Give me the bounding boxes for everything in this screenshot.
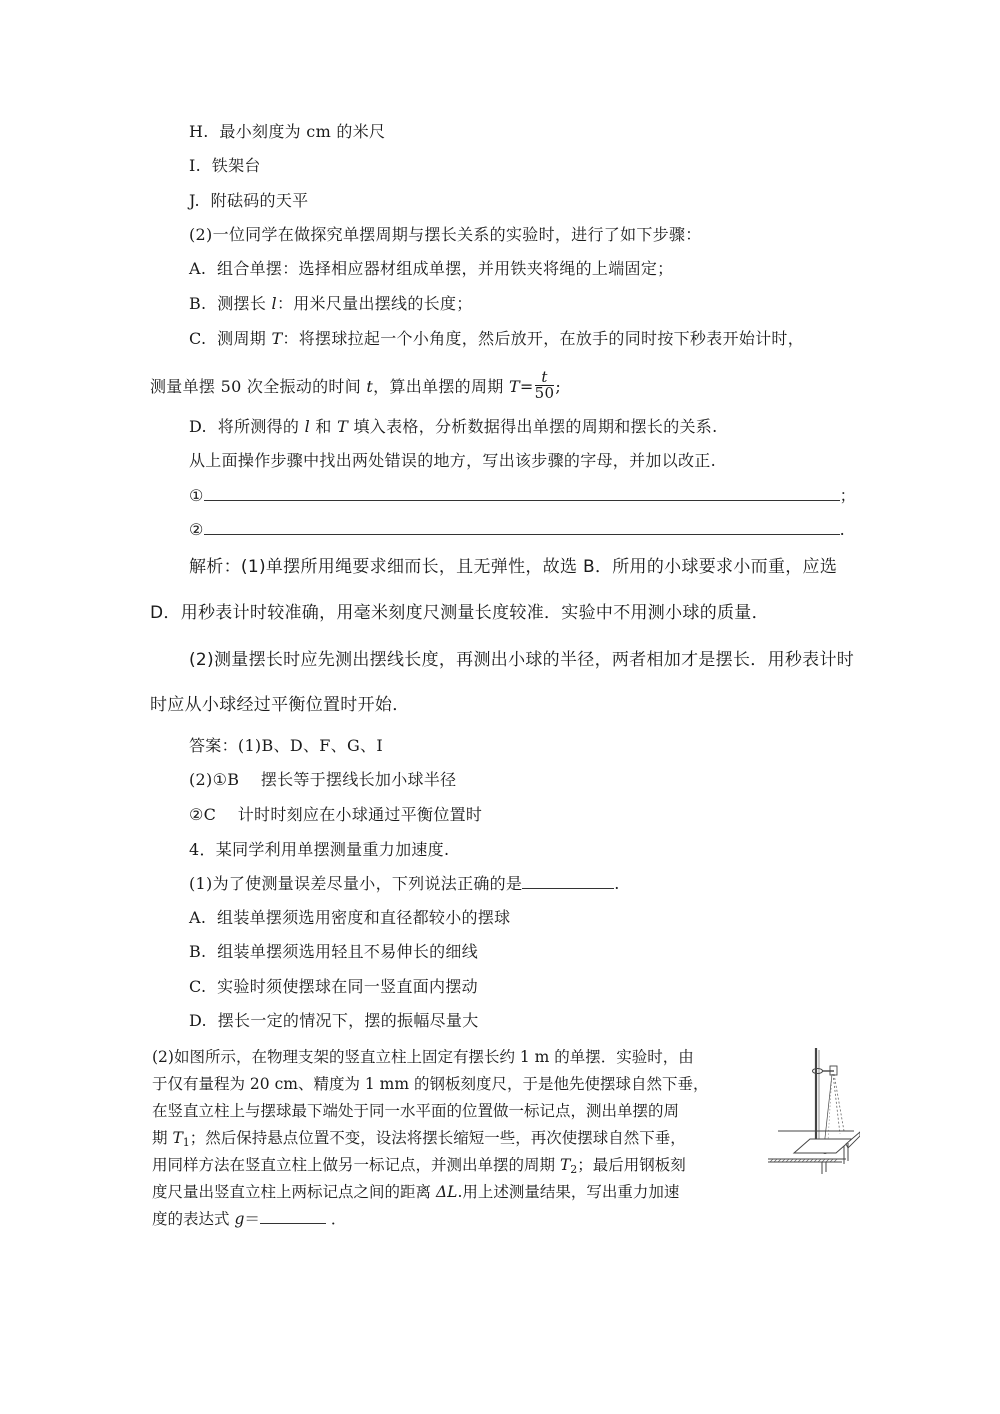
blank-end: ； xyxy=(840,486,856,505)
step-text: ：将摆球拉起一个小角度，然后放开，在放手的同时按下秒表开始计时， xyxy=(282,329,804,348)
fraction: t50 xyxy=(535,370,555,401)
text: 用同样方法在竖直立柱上做另一标记点，并测出单摆的周期 xyxy=(152,1156,560,1174)
fill-in-blank[interactable] xyxy=(260,1209,326,1224)
variable-t-period: T xyxy=(271,329,282,348)
option-j: J. 附砝码的天平 xyxy=(189,191,308,211)
fill-in-blank[interactable] xyxy=(204,520,840,535)
circled-marker: ② xyxy=(189,520,204,539)
analysis-line-1: 解析：(1)单摆所用绳要求细而长，且无弹性，故选 B．所用的小球要求小而重，应选 xyxy=(189,557,837,577)
step-label: A. xyxy=(189,259,206,278)
option-label: D. xyxy=(189,1011,207,1030)
variable-g: g xyxy=(234,1210,244,1228)
formula-end: ; xyxy=(555,377,561,396)
q4-part2-line-3: 在竖直立柱上与摆球最下端处于同一水平面的位置做一标记点，测出单摆的周 xyxy=(152,1101,679,1121)
answer-blank-2: ②. xyxy=(189,520,845,540)
option-h: H. 最小刻度为 cm 的米尺 xyxy=(189,122,385,142)
q4-part2-line-5: 用同样方法在竖直立柱上做另一标记点，并测出单摆的周期 T2；最后用钢板刻 xyxy=(152,1155,686,1180)
q4-option-c: C. 实验时须使摆球在同一竖直面内摆动 xyxy=(189,977,478,997)
step-text: 测量单摆 50 次全振动的时间 xyxy=(150,377,366,396)
option-text: 最小刻度为 cm 的米尺 xyxy=(219,122,385,141)
step-text: ，算出单摆的周期 xyxy=(373,377,509,396)
step-text: 填入表格，分析数据得出单摆的周期和摆长的关系. xyxy=(348,417,717,436)
variable-t2: T xyxy=(560,1156,570,1174)
answer-line-3: ②C 计时时刻应在小球通过平衡位置时 xyxy=(189,805,482,825)
option-label: H. xyxy=(189,122,209,141)
fill-in-blank[interactable] xyxy=(522,874,614,889)
step-b: B. 测摆长 l：用米尺量出摆线的长度； xyxy=(189,294,473,314)
option-text: 组装单摆须选用轻且不易伸长的细线 xyxy=(217,942,478,961)
step-c-continued: 测量单摆 50 次全振动的时间 t，算出单摆的周期 T=t50; xyxy=(150,372,561,403)
step-text: 测摆长 xyxy=(217,294,271,313)
q4-part1-text: (1)为了使测量误差尽量小，下列说法正确的是 xyxy=(189,874,522,893)
option-label: C. xyxy=(189,977,206,996)
step-a: A. 组合单摆：选择相应器材组成单摆，并用铁夹将绳的上端固定； xyxy=(189,259,673,279)
circled-marker: ① xyxy=(189,486,204,505)
fraction-denominator: 50 xyxy=(535,386,555,401)
analysis-line-4: 时应从小球经过平衡位置时开始． xyxy=(150,695,410,715)
step-label: D. xyxy=(189,417,207,436)
step-label: C. xyxy=(189,329,206,348)
q4-part1: (1)为了使测量误差尽量小，下列说法正确的是. xyxy=(189,874,620,894)
text: 度尺量出竖直立柱上两标记点之间的距离 xyxy=(152,1183,436,1201)
option-label: J. xyxy=(189,191,200,210)
option-text: 铁架台 xyxy=(212,156,261,175)
step-text: 组合单摆：选择相应器材组成单摆，并用铁夹将绳的上端固定； xyxy=(217,259,673,278)
fill-in-blank[interactable] xyxy=(204,486,840,501)
step-text: ：用米尺量出摆线的长度； xyxy=(277,294,473,313)
variable-t1: T xyxy=(172,1129,182,1147)
option-text: 附砝码的天平 xyxy=(211,191,309,210)
instruction: 从上面操作步骤中找出两处错误的地方，写出该步骤的字母，并加以改正. xyxy=(189,451,716,471)
answer-line-1: 答案：(1)B、D、F、G、I xyxy=(189,736,383,756)
text: ；然后保持悬点位置不变，设法将摆长缩短一些，再次使摆球自然下垂， xyxy=(190,1129,686,1147)
text: ；最后用钢板刻 xyxy=(577,1156,686,1174)
text: .用上述测量结果，写出重力加速 xyxy=(457,1183,679,1201)
equals-sign: ＝ xyxy=(244,1210,260,1228)
q4-title: 4．某同学利用单摆测量重力加速度. xyxy=(189,840,449,860)
blank-end: . xyxy=(614,874,619,893)
text: 度的表达式 xyxy=(152,1210,234,1228)
text: 期 xyxy=(152,1129,172,1147)
answer-marker: ②C xyxy=(189,805,216,824)
document-page: H. 最小刻度为 cm 的米尺 I. 铁架台 J. 附砝码的天平 (2)一位同学… xyxy=(0,0,1000,1414)
blank-end: ． xyxy=(331,1210,347,1228)
step-c: C. 测周期 T：将摆球拉起一个小角度，然后放开，在放手的同时按下秒表开始计时， xyxy=(189,329,804,349)
option-i: I. 铁架台 xyxy=(189,156,261,176)
variable-t-period: T xyxy=(337,417,348,436)
q4-part2-line-7: 度的表达式 g＝ ． xyxy=(152,1209,346,1229)
pendulum-diagram-icon xyxy=(764,1046,860,1176)
step-text: 将所测得的 xyxy=(218,417,305,436)
step-label: B. xyxy=(189,294,206,313)
q4-option-a: A. 组装单摆须选用密度和直径都较小的摆球 xyxy=(189,908,510,928)
option-text: 摆长一定的情况下，摆的振幅尽量大 xyxy=(218,1011,479,1030)
answer-text: 摆长等于摆线长加小球半径 xyxy=(261,770,457,789)
answer-blank-1: ①； xyxy=(189,486,856,506)
subscript: 1 xyxy=(183,1136,190,1149)
q4-part2-line-4: 期 T1；然后保持悬点位置不变，设法将摆长缩短一些，再次使摆球自然下垂， xyxy=(152,1128,686,1153)
pendulum-apparatus-figure xyxy=(764,1046,860,1176)
step-d: D. 将所测得的 l 和 T 填入表格，分析数据得出单摆的周期和摆长的关系. xyxy=(189,417,717,437)
option-label: A. xyxy=(189,908,206,927)
q4-part2-line-1: (2)如图所示，在物理支架的竖直立柱上固定有摆长约 1 m 的单摆．实验时，由 xyxy=(152,1047,694,1067)
analysis-line-2: D．用秒表计时较准确，用毫米刻度尺测量长度较准．实验中不用测小球的质量． xyxy=(150,603,769,623)
option-text: 实验时须使摆球在同一竖直面内摆动 xyxy=(217,977,478,996)
formula-lhs: T= xyxy=(509,377,534,396)
q4-part2-line-6: 度尺量出竖直立柱上两标记点之间的距离 ΔL.用上述测量结果，写出重力加速 xyxy=(152,1182,679,1202)
option-label: B. xyxy=(189,942,206,961)
analysis-line-3: (2)测量摆长时应先测出摆线长度，再测出小球的半径，两者相加才是摆长．用秒表计时 xyxy=(189,650,854,670)
variable-delta-l: ΔL xyxy=(436,1183,458,1201)
q4-option-b: B. 组装单摆须选用轻且不易伸长的细线 xyxy=(189,942,478,962)
q3-part2-intro: (2)一位同学在做探究单摆周期与摆长关系的实验时，进行了如下步骤： xyxy=(189,225,702,245)
q4-part2-line-2: 于仅有量程为 20 cm、精度为 1 mm 的钢板刻度尺，于是他先使摆球自然下垂… xyxy=(152,1074,709,1094)
answer-line-2: (2)①B 摆长等于摆线长加小球半径 xyxy=(189,770,456,790)
option-label: I. xyxy=(189,156,201,175)
answer-marker: (2)①B xyxy=(189,770,239,789)
option-text: 组装单摆须选用密度和直径都较小的摆球 xyxy=(217,908,510,927)
answer-text: 计时时刻应在小球通过平衡位置时 xyxy=(238,805,483,824)
step-text: 和 xyxy=(310,417,337,436)
q4-option-d: D. 摆长一定的情况下，摆的振幅尽量大 xyxy=(189,1011,479,1031)
blank-end: . xyxy=(840,520,845,539)
step-text: 测周期 xyxy=(217,329,271,348)
